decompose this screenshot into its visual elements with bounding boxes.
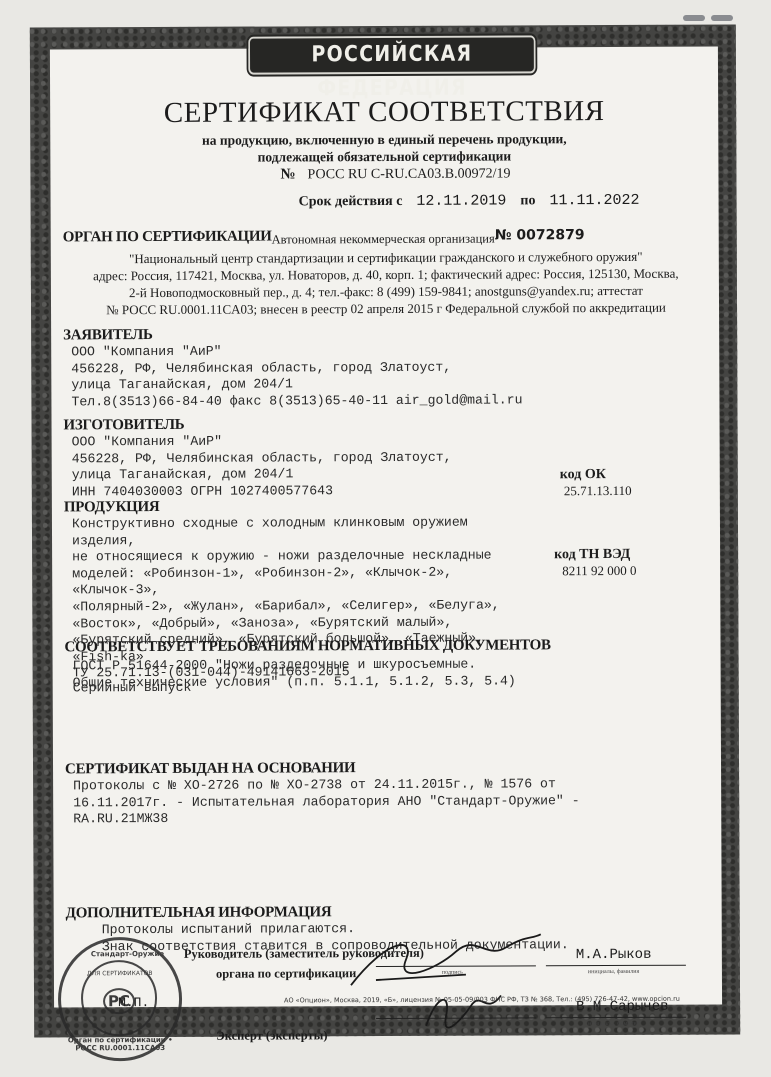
org-type: Автономная некоммерческая организация bbox=[272, 232, 495, 247]
form-number: № 0072879 bbox=[495, 227, 585, 243]
tnved-code-value: 8211 92 000 0 bbox=[562, 563, 636, 579]
certificate-subtitle-1: на продукцию, включенную в единый перече… bbox=[50, 131, 718, 150]
ok-code-label: код ОК bbox=[560, 467, 632, 483]
ok-code: код ОК 25.71.13.110 bbox=[560, 467, 632, 499]
product-line: Конструктивно сходные с холодным клинков… bbox=[64, 514, 520, 549]
certificate-subtitle-2: подлежащей обязательной сертификации bbox=[50, 148, 718, 167]
certification-body-section: ОРГАН ПО СЕРТИФИКАЦИИАвтономная некоммер… bbox=[63, 227, 709, 319]
applicant-line: Тел.8(3513)66-84-40 факс 8(3513)65-40-11… bbox=[63, 391, 709, 410]
validity-to-label: по bbox=[520, 193, 535, 208]
conformity-section: СООТВЕТСТВУЕТ ТРЕБОВАНИЯМ НОРМАТИВНЫХ ДО… bbox=[64, 637, 710, 692]
product-line: «Восток», «Добрый», «Заноза», «Бурятский… bbox=[64, 614, 520, 633]
head-signatory-name: М.А.Рыков bbox=[576, 947, 652, 963]
signatures-section: Руководитель (заместитель руководителя) … bbox=[66, 927, 713, 1050]
expert-name-line bbox=[546, 1017, 686, 1019]
certificate-frame: СЕРТИФИКАТ СООТВЕТСТВИЯ на продукцию, вк… bbox=[30, 24, 740, 1037]
head-name-line bbox=[546, 965, 686, 967]
official-seal: РС Стандарт-Оружие ДЛЯ СЕРТИФИКАТОВ Орга… bbox=[58, 937, 183, 1062]
certificate-paper: СЕРТИФИКАТ СООТВЕТСТВИЯ на продукцию, вк… bbox=[50, 47, 722, 1008]
validity-label: Срок действия с bbox=[299, 194, 403, 209]
name-caption: инициалы, фамилия bbox=[588, 1021, 639, 1027]
product-line: не относящиеся к оружию - ножи разделочн… bbox=[64, 548, 520, 567]
applicant-section: ЗАЯВИТЕЛЬ ООО "Компания "АиР" 456228, РФ… bbox=[63, 325, 709, 411]
country-banner: РОССИЙСКАЯ ФЕДЕРАЦИЯ bbox=[248, 35, 535, 74]
head-signature-icon bbox=[346, 929, 546, 990]
seal-top-text: Стандарт-Оружие bbox=[91, 950, 164, 958]
product-heading: ПРОДУКЦИЯ bbox=[64, 497, 520, 516]
number-value: РОСС RU C-RU.CA03.B.00972/19 bbox=[307, 166, 510, 182]
conformity-heading: СООТВЕТСТВУЕТ ТРЕБОВАНИЯМ НОРМАТИВНЫХ ДО… bbox=[64, 637, 710, 657]
expert-signature-icon bbox=[416, 985, 506, 1035]
paper-clip-mark bbox=[683, 8, 743, 16]
conformity-line: Общие технические условия" (п.п. 5.1.1, … bbox=[65, 672, 711, 691]
valid-from: 12.11.2019 bbox=[416, 192, 506, 209]
seal-center-label: ДЛЯ СЕРТИФИКАТОВ bbox=[87, 970, 153, 977]
ok-code-value: 25.71.13.110 bbox=[564, 483, 632, 499]
basis-section: СЕРТИФИКАТ ВЫДАН НА ОСНОВАНИИ Протоколы … bbox=[65, 759, 711, 829]
basis-line: RA.RU.21МЖ38 bbox=[65, 809, 711, 828]
product-line: моделей: «Робинзон-1», «Робинзон-2», «Кл… bbox=[64, 564, 520, 599]
valid-to: 11.11.2022 bbox=[549, 192, 639, 209]
tnved-code: код ТН ВЭД 8211 92 000 0 bbox=[554, 547, 636, 579]
certificate-number: №РОСС RU C-RU.CA03.B.00972/19 bbox=[280, 165, 510, 183]
expert-label: Эксперт (эксперты) bbox=[216, 1028, 327, 1043]
seal-ring-text: Орган по сертификации • РОСС RU.0001.11С… bbox=[65, 1036, 175, 1052]
validity-period: Срок действия с12.11.2019по11.11.2022 bbox=[299, 192, 654, 211]
product-line: «Полярный-2», «Жулан», «Барибал», «Селиг… bbox=[64, 597, 520, 616]
seal-logo: РС bbox=[103, 988, 135, 1014]
name-caption: инициалы, фамилия bbox=[588, 969, 639, 975]
tnved-code-label: код ТН ВЭД bbox=[554, 547, 636, 563]
org-line: № РОСС RU.0001.11CA03; внесен в реестр 0… bbox=[63, 299, 709, 319]
number-label: № bbox=[280, 166, 295, 182]
certification-body-heading: ОРГАН ПО СЕРТИФИКАЦИИ bbox=[63, 228, 272, 245]
head-signatory-label-2: органа по сертификации bbox=[216, 966, 356, 982]
